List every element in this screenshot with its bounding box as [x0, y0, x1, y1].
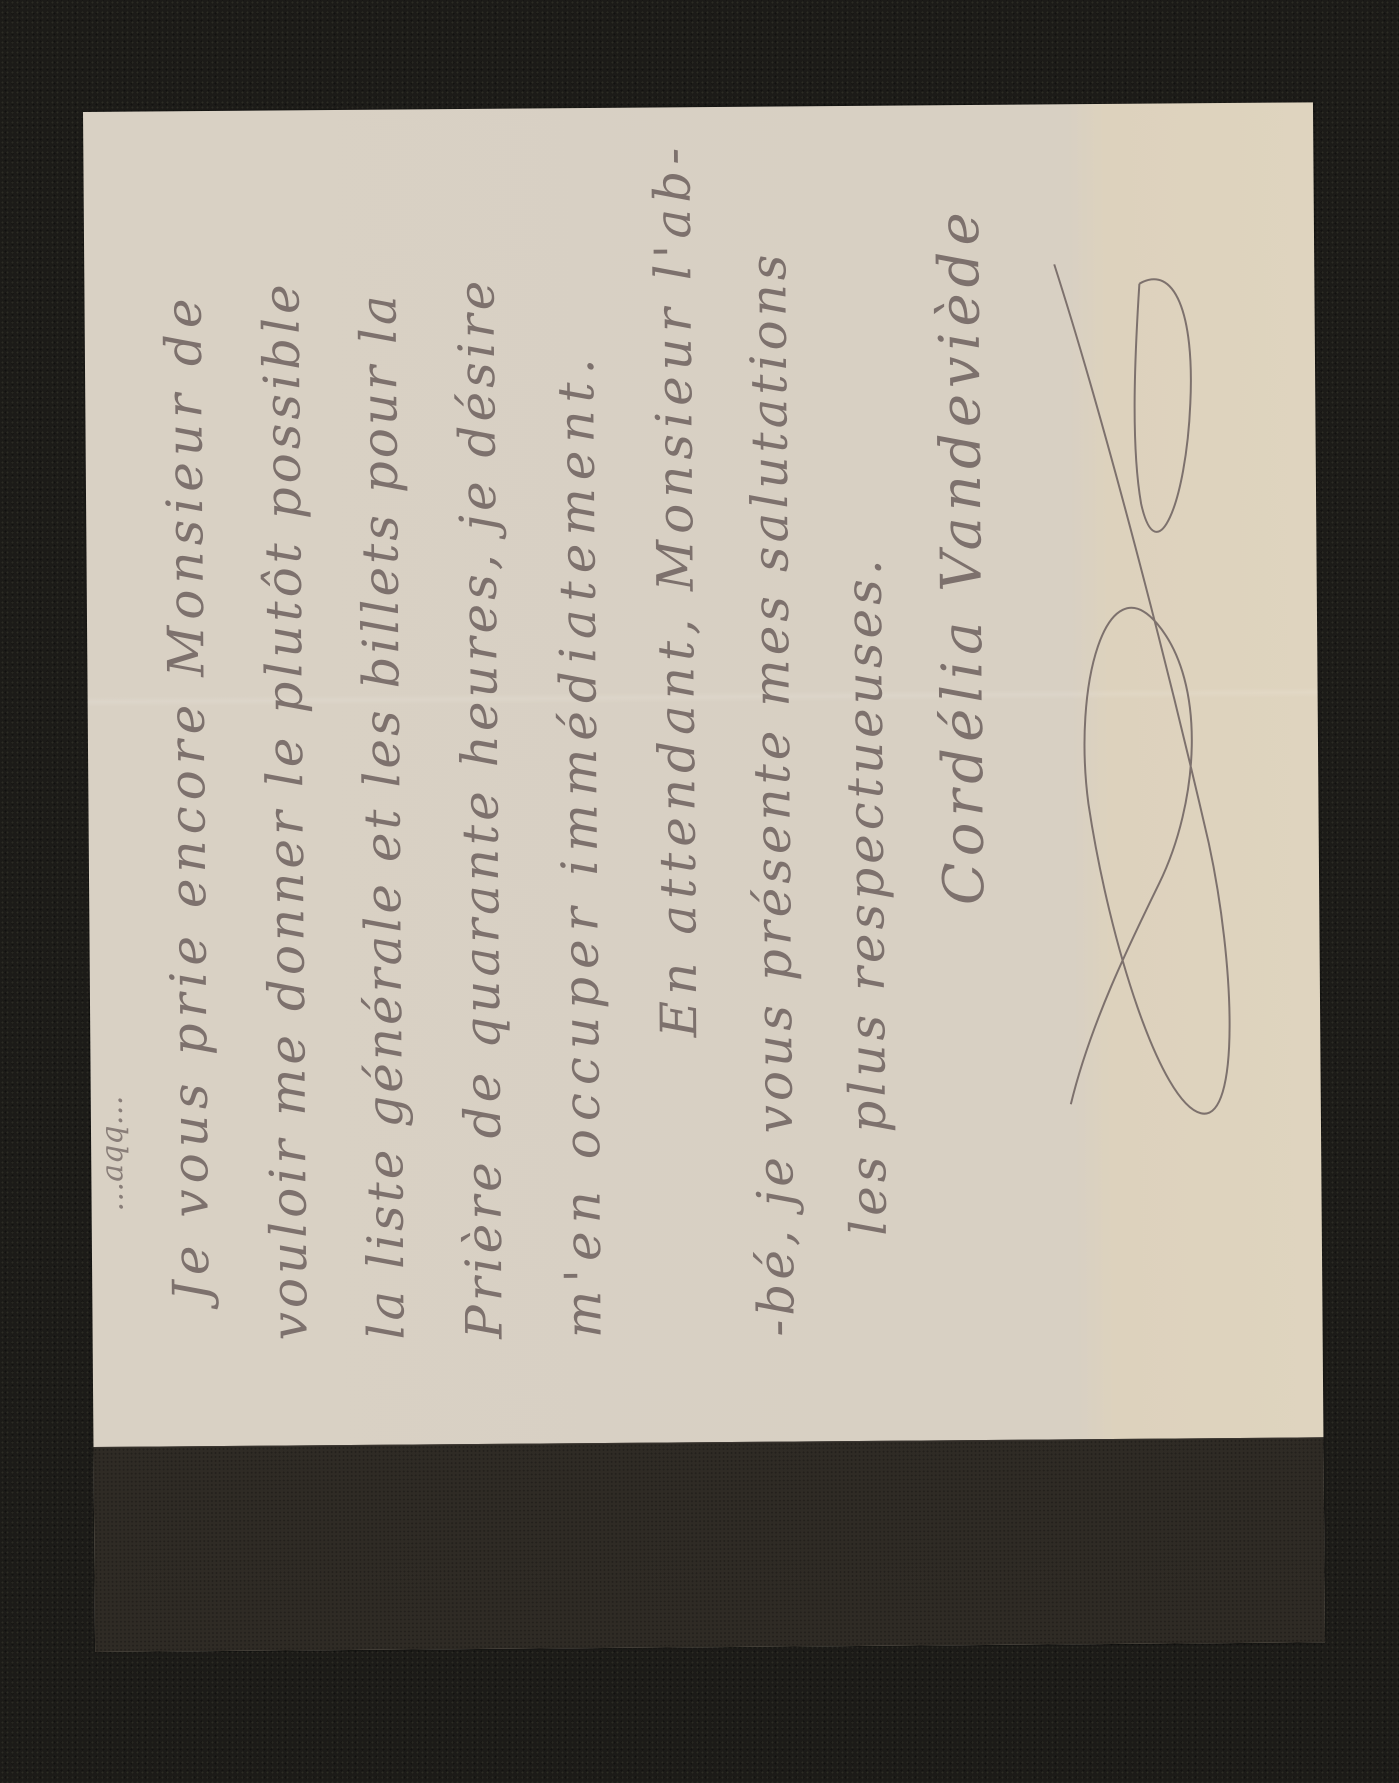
letter-line-1: Je vous prie encore Monsieur de	[154, 292, 220, 1301]
letter-line-2: vouloir me donner le plutôt possible	[252, 280, 318, 1341]
letter-sheet: …aqq… Je vous prie encore Monsieur de vo…	[83, 102, 1325, 1652]
letter-line-4: Prière de quarante heures, je désire	[447, 277, 513, 1340]
letter-line-7: -bé, je vous présente mes salutations	[739, 250, 806, 1336]
margin-fragment-text: …aqq…	[95, 1095, 131, 1212]
dark-backing-band	[93, 1437, 1325, 1652]
letter-line-8: les plus respectueuses.	[835, 555, 898, 1236]
letter-line-5: m'en occuper immédiatement.	[547, 350, 613, 1338]
signature-flourish-icon	[1044, 243, 1251, 1145]
signature: Cordélia Vandeviède	[927, 206, 997, 905]
letter-line-3: la liste générale et les billets pour la	[349, 292, 415, 1340]
letter-line-6: En attendant, Monsieur l'ab-	[643, 142, 708, 1038]
